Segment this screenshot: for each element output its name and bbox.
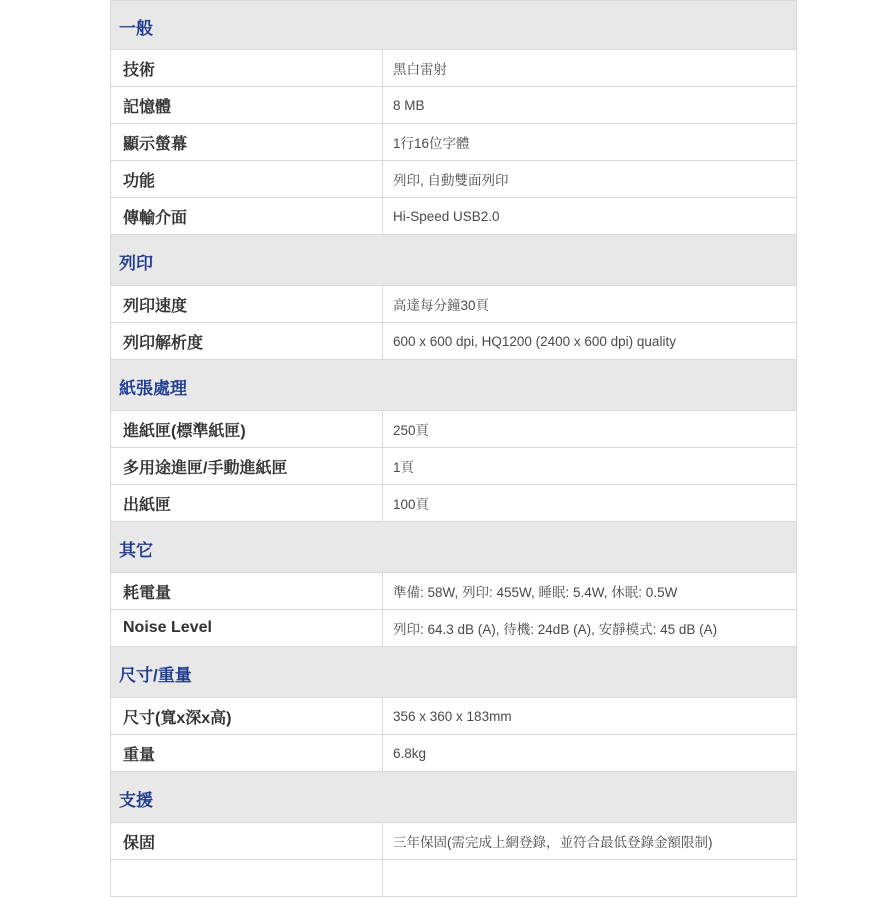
- section-title: 一般: [111, 1, 797, 50]
- spec-label: 耗電量: [111, 573, 383, 610]
- spec-row: 多用途進匣/手動進紙匣 1頁: [111, 448, 797, 485]
- spec-label: 重量: [111, 735, 383, 772]
- section-row-dimensions: 尺寸/重量: [111, 647, 797, 698]
- section-row-general: 一般: [111, 1, 797, 50]
- spec-row-partial: [111, 860, 797, 896]
- spec-value: 準備: 58W, 列印: 455W, 睡眠: 5.4W, 休眠: 0.5W: [383, 573, 797, 610]
- spec-label: 列印解析度: [111, 323, 383, 360]
- spec-value: 列印: 64.3 dB (A), 待機: 24dB (A), 安靜模式: 45 …: [383, 610, 797, 647]
- spec-label: 技術: [111, 50, 383, 87]
- spec-value: 356 x 360 x 183mm: [383, 698, 797, 735]
- spec-row: 列印速度 高達每分鐘30頁: [111, 286, 797, 323]
- spec-label: 記憶體: [111, 87, 383, 124]
- spec-value: 1行16位字體: [383, 124, 797, 161]
- spec-row: 功能 列印, 自動雙面列印: [111, 161, 797, 198]
- section-row-other: 其它: [111, 522, 797, 573]
- section-row-support: 支援: [111, 772, 797, 823]
- spec-row: 技術 黑白雷射: [111, 50, 797, 87]
- spec-row: 尺寸(寬x深x高) 356 x 360 x 183mm: [111, 698, 797, 735]
- spec-row: 出紙匣 100頁: [111, 485, 797, 522]
- spec-value: 三年保固(需完成上網登錄，並符合最低登錄金額限制): [383, 823, 797, 860]
- spec-label: 顯示螢幕: [111, 124, 383, 161]
- spec-label: 出紙匣: [111, 485, 383, 522]
- section-row-print: 列印: [111, 235, 797, 286]
- spec-label: 尺寸(寬x深x高): [111, 698, 383, 735]
- spec-row: 重量 6.8kg: [111, 735, 797, 772]
- spec-row: Noise Level 列印: 64.3 dB (A), 待機: 24dB (A…: [111, 610, 797, 647]
- section-title: 紙張處理: [111, 360, 797, 411]
- spec-label: 傳輸介面: [111, 198, 383, 235]
- spec-value: Hi-Speed USB2.0: [383, 198, 797, 235]
- spec-row: 記憶體 8 MB: [111, 87, 797, 124]
- spec-row: 耗電量 準備: 58W, 列印: 455W, 睡眠: 5.4W, 休眠: 0.5…: [111, 573, 797, 610]
- section-title: 其它: [111, 522, 797, 573]
- spec-sheet: 一般 技術 黑白雷射 記憶體 8 MB 顯示螢幕 1行16位字體 功能 列印, …: [110, 0, 796, 895]
- spec-label: 保固: [111, 823, 383, 860]
- spec-row: 傳輸介面 Hi-Speed USB2.0: [111, 198, 797, 235]
- spec-table: 一般 技術 黑白雷射 記憶體 8 MB 顯示螢幕 1行16位字體 功能 列印, …: [110, 0, 797, 895]
- spec-row: 顯示螢幕 1行16位字體: [111, 124, 797, 161]
- spec-value: 8 MB: [383, 87, 797, 124]
- spec-value: 6.8kg: [383, 735, 797, 772]
- spec-label: 進紙匣(標準紙匣): [111, 411, 383, 448]
- spec-row: 進紙匣(標準紙匣) 250頁: [111, 411, 797, 448]
- section-title: 尺寸/重量: [111, 647, 797, 698]
- section-row-paper: 紙張處理: [111, 360, 797, 411]
- spec-value: 高達每分鐘30頁: [383, 286, 797, 323]
- spec-label: 多用途進匣/手動進紙匣: [111, 448, 383, 485]
- spec-row: 列印解析度 600 x 600 dpi, HQ1200 (2400 x 600 …: [111, 323, 797, 360]
- spec-label: 功能: [111, 161, 383, 198]
- spec-value: 列印, 自動雙面列印: [383, 161, 797, 198]
- spec-label-empty: [111, 860, 383, 896]
- spec-row: 保固 三年保固(需完成上網登錄，並符合最低登錄金額限制): [111, 823, 797, 860]
- spec-value: 100頁: [383, 485, 797, 522]
- spec-value: 黑白雷射: [383, 50, 797, 87]
- spec-value: 250頁: [383, 411, 797, 448]
- spec-value: 1頁: [383, 448, 797, 485]
- section-title: 支援: [111, 772, 797, 823]
- spec-value-empty: [383, 860, 797, 896]
- section-title: 列印: [111, 235, 797, 286]
- spec-value: 600 x 600 dpi, HQ1200 (2400 x 600 dpi) q…: [383, 323, 797, 360]
- spec-label: Noise Level: [111, 610, 383, 647]
- spec-label: 列印速度: [111, 286, 383, 323]
